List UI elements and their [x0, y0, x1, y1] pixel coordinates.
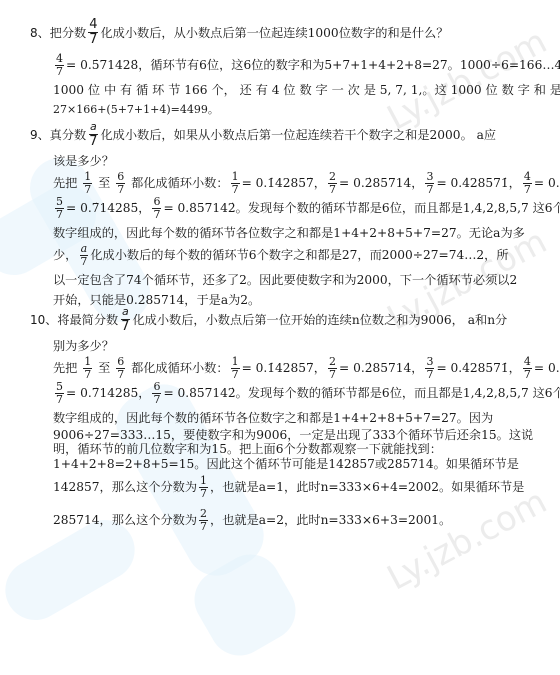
- answer-line: 数字组成的，因此每个数的循环节各位数字之和都是1+4+2+8+5+7=27。无论…: [53, 223, 535, 243]
- question-9: 9、 真分数 a7 化成小数后，如果从小数点后第一位起连续若干个数字之和是200…: [30, 120, 535, 310]
- answer-line: 数字组成的，因此每个数的循环节各位数字之和都是1+4+2+8+5+7=27。因为: [53, 408, 535, 428]
- fraction: 27: [328, 171, 337, 196]
- fraction: 67: [116, 171, 125, 196]
- fraction: a7: [79, 243, 88, 268]
- title-continuation: 别为多少？: [53, 336, 535, 356]
- fraction: 67: [152, 196, 161, 221]
- question-10: 10、 将最简分数 a7 化成小数后，小数点后第一位开始的连续n位数之和为900…: [30, 305, 535, 533]
- answer-line: 142857，那么这个分数为17，也就是a=1，此时n=333×6+4=2002…: [53, 475, 535, 500]
- question-number: 10、: [30, 311, 57, 329]
- question-title: 10、 将最简分数 a7 化成小数后，小数点后第一位开始的连续n位数之和为900…: [30, 305, 535, 334]
- fraction: a7: [120, 305, 130, 334]
- title-text: 化成小数后，从小数点后第一位起连续1000位数字的和是什么？: [100, 24, 448, 42]
- fraction: 17: [83, 171, 92, 196]
- convert-line-2: 57= 0.7̇14285̇，67= 0.8̇57142̇。发现每个数的循环节都…: [53, 196, 535, 221]
- convert-line: 先把 17 至 67 都化成循环小数：17= 0.1̇42857̇，27= 0.…: [53, 171, 535, 196]
- fraction: 47: [523, 356, 532, 381]
- convert-line: 先把 17 至 67 都化成循环小数：17= 0.1̇42857̇，27= 0.…: [53, 356, 535, 381]
- answer-text: = 0.5̇71428̇，循环节有6位，这6位的数字和为5+7+1+4+2+8=…: [66, 58, 560, 72]
- title-text: 化成小数后，小数点后第一位开始的连续n位数之和为9006， a和n分: [133, 311, 508, 329]
- answer-line: 9006÷27=333…15，要使数字和为9006，一定是出现了333个循环节后…: [53, 428, 535, 442]
- fraction: 37: [425, 171, 434, 196]
- answer-line: 27×166+(5+7+1+4)=4499。: [53, 100, 535, 120]
- fraction: 17: [231, 356, 240, 381]
- title-text: 将最简分数: [57, 311, 118, 329]
- fraction: 17: [199, 475, 208, 500]
- answer-line: 285714，那么这个分数为27，也就是a=2，此时n=333×6+3=2001…: [53, 508, 535, 533]
- answer-line: 以一定包含了74个循环节，还多了2。因此要使数字和为2000，下一个循环节必须以…: [53, 270, 535, 290]
- fraction: 47: [88, 18, 98, 47]
- fraction: 37: [425, 356, 434, 381]
- title-text: 化成小数后，如果从小数点后第一位起连续若干个数字之和是2000。 a应: [100, 126, 496, 144]
- question-title: 8、 把分数 47 化成小数后，从小数点后第一位起连续1000位数字的和是什么？: [30, 18, 535, 47]
- question-title: 9、 真分数 a7 化成小数后，如果从小数点后第一位起连续若干个数字之和是200…: [30, 120, 535, 149]
- convert-line-2: 57= 0.7̇14285̇，67= 0.8̇57142̇。发现每个数的循环节都…: [53, 381, 535, 406]
- answer-line: 1+4+2+8=2+8+5=15。因此这个循环节可能是142857或285714…: [53, 457, 535, 471]
- question-number: 8、: [30, 24, 50, 42]
- question-8: 8、 把分数 47 化成小数后，从小数点后第一位起连续1000位数字的和是什么？…: [30, 18, 535, 120]
- fraction: 67: [116, 356, 125, 381]
- fraction: 67: [152, 381, 161, 406]
- fraction: 27: [328, 356, 337, 381]
- fraction: 47: [55, 53, 64, 78]
- title-text: 真分数: [50, 126, 87, 144]
- fraction: 47: [523, 171, 532, 196]
- title-continuation: 该是多少？: [53, 151, 535, 171]
- fraction: 17: [83, 356, 92, 381]
- fraction: 57: [55, 381, 64, 406]
- answer-line: 明，循环节的前几位数字和为15。把上面6个分数都观察一下就能找到：: [53, 442, 535, 457]
- answer-line: 少，a7化成小数后的每个数的循环节6个数字之和都是27，而2000÷27=74……: [53, 243, 535, 268]
- question-number: 9、: [30, 126, 50, 144]
- answer-line: 47= 0.5̇71428̇，循环节有6位，这6位的数字和为5+7+1+4+2+…: [53, 53, 535, 78]
- answer-line: 1000 位 中 有 循 环 节 166 个， 还 有 4 位 数 字 一 次 …: [53, 80, 535, 100]
- title-text: 把分数: [50, 24, 87, 42]
- fraction: 57: [55, 196, 64, 221]
- fraction: 17: [231, 171, 240, 196]
- fraction: 27: [199, 508, 208, 533]
- fraction: a7: [88, 120, 98, 149]
